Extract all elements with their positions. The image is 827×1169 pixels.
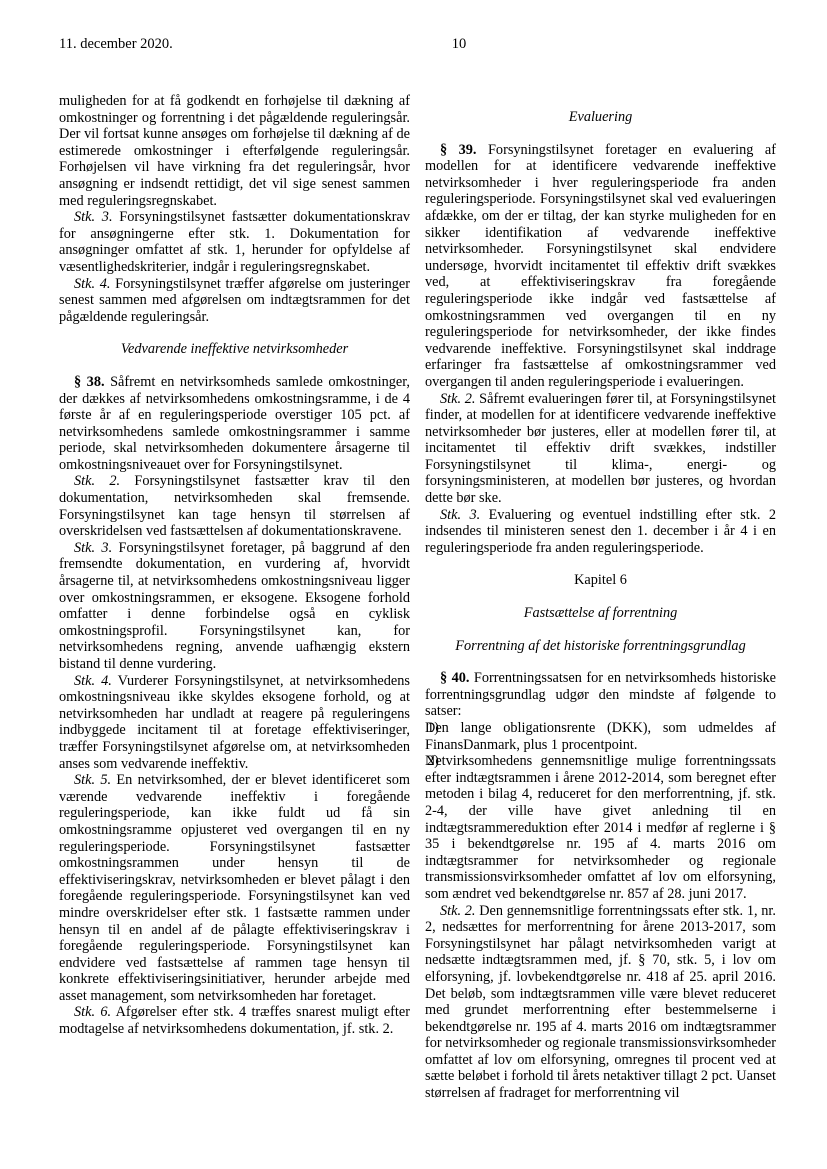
paragraph: Stk. 3. Forsyningstilsynet foretager, på… [59, 540, 410, 673]
stk-label: Stk. 4. [74, 673, 112, 689]
list-marker: 2) [427, 753, 439, 770]
list-item: 1)Den lange obligationsrente (DKK), som … [425, 720, 776, 753]
paragraph: § 39. Forsyningstilsynet foretager en ev… [425, 142, 776, 391]
stk-label: Stk. 2. [74, 473, 120, 489]
section-number: § 38. [74, 374, 105, 390]
paragraph: § 40. Forrentningssatsen for en netvirks… [425, 670, 776, 720]
right-column: Evaluering§ 39. Forsyningstilsynet foret… [425, 93, 776, 1102]
page-header: 11. december 2020. 10 [59, 36, 775, 54]
section-number: § 39. [440, 142, 477, 158]
paragraph: Stk. 2. Forsyningstilsynet fastsætter kr… [59, 473, 410, 539]
left-column: muligheden for at få godkendt en forhøje… [59, 93, 410, 1102]
paragraph: Stk. 4. Forsyningstilsynet træffer afgør… [59, 276, 410, 326]
stk-label: Stk. 3. [74, 209, 113, 225]
list-marker: 1) [427, 720, 439, 737]
paragraph: Stk. 2. Såfremt evalueringen fører til, … [425, 391, 776, 507]
stk-label: Stk. 2. [440, 903, 476, 919]
page-date: 11. december 2020. [59, 36, 173, 53]
section-heading: Forrentning af det historiske forrentnin… [425, 638, 776, 655]
paragraph: Stk. 6. Afgørelser efter stk. 4 træffes … [59, 1004, 410, 1037]
paragraph: Stk. 3. Evaluering og eventuel indstilli… [425, 507, 776, 557]
stk-label: Stk. 2. [440, 391, 475, 407]
section-number: § 40. [440, 670, 469, 686]
stk-label: Stk. 5. [74, 772, 111, 788]
paragraph: Stk. 5. En netvirksomhed, der er blevet … [59, 772, 410, 1004]
paragraph: muligheden for at få godkendt en forhøje… [59, 93, 410, 209]
section-heading: Fastsættelse af forrentning [425, 605, 776, 622]
list-item: 2)Netvirksomhedens gennemsnitlige mulige… [425, 753, 776, 902]
paragraph: Stk. 2. Den gennemsnitlige forrentningss… [425, 903, 776, 1102]
stk-label: Stk. 3. [74, 540, 112, 556]
stk-label: Stk. 4. [74, 276, 110, 292]
text-columns: muligheden for at få godkendt en forhøje… [59, 93, 776, 1102]
paragraph: Stk. 3. Forsyningstilsynet fastsætter do… [59, 209, 410, 275]
stk-label: Stk. 6. [74, 1004, 111, 1020]
section-heading: Evaluering [425, 109, 776, 126]
page-number: 10 [389, 36, 529, 53]
section-heading: Vedvarende ineffektive netvirksomheder [59, 341, 410, 358]
chapter-heading: Kapitel 6 [425, 572, 776, 589]
stk-label: Stk. 3. [440, 507, 480, 523]
document-page: 11. december 2020. 10 muligheden for at … [0, 0, 827, 1169]
paragraph: Stk. 4. Vurderer Forsyningstilsynet, at … [59, 673, 410, 773]
paragraph: § 38. Såfremt en netvirksomheds samlede … [59, 374, 410, 474]
